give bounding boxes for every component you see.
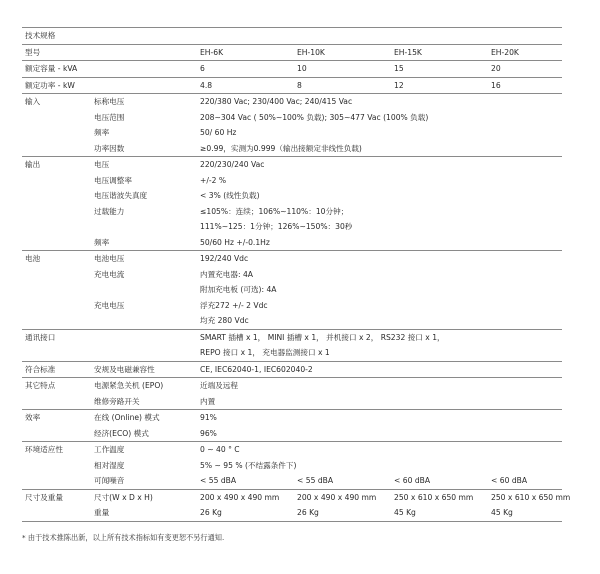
section-label: 输出 [22,157,94,173]
table-row: 通讯接口 SMART 插槽 x 1， MINI 插槽 x 1， 并机接口 x 2… [22,330,562,346]
section-label: 效率 [22,410,94,426]
section-input: 输入 标称电压 220/380 Vac; 230/400 Vac; 240/41… [22,93,562,156]
table-row: 相对湿度 5% ~ 95 % (不结露条件下) [22,458,562,474]
value-cell: 250 x 610 x 650 mm [491,490,562,506]
param-label: 维修旁路开关 [94,394,200,410]
param-value: 近端及远程 [200,378,562,394]
table-row: 电压谐波失真度 < 3% (线性负载) [22,188,562,204]
table-row: 其它特点 电源紧急关机 (EPO) 近端及远程 [22,378,562,394]
section-label: 电池 [22,251,94,267]
param-label: 频率 [94,235,200,251]
param-label: 标称电压 [94,94,200,110]
row-label: 额定容量 - kVA [22,61,200,77]
table-row: 型号 EH-6K EH-10K EH-15K EH-20K [22,45,562,61]
value-cell: 16 [491,78,562,94]
table-row: 电压范围 208~304 Vac ( 50%~100% 负载); 305~477… [22,110,562,126]
param-value: 50/ 60 Hz [200,125,562,141]
param-label: 相对湿度 [94,458,200,474]
value-cell: 45 Kg [491,505,562,521]
param-label: 电池电压 [94,251,200,267]
param-value: 附加充电板 (可选): 4A [200,282,562,298]
table-row: 充电电流 内置充电器: 4A [22,267,562,283]
table-row: 重量 26 Kg 26 Kg 45 Kg 45 Kg [22,505,562,521]
param-value: 浮充272 +/- 2 Vdc [200,298,562,314]
section-communication: 通讯接口 SMART 插槽 x 1， MINI 插槽 x 1， 并机接口 x 2… [22,329,562,361]
table-row: 环境适应性 工作温度 0 ~ 40 ° C [22,442,562,458]
table-row: 充电电压 浮充272 +/- 2 Vdc [22,298,562,314]
value-cell: 250 x 610 x 650 mm [394,490,491,506]
table-row: 电池 电池电压 192/240 Vdc [22,251,562,267]
value-cell: < 55 dBA [297,473,394,489]
param-label [94,219,200,235]
section-label: 环境适应性 [22,442,94,458]
table-row: 附加充电板 (可选): 4A [22,282,562,298]
param-value: 0 ~ 40 ° C [200,442,562,458]
table-row: 尺寸及重量 尺寸(W x D x H) 200 x 490 x 490 mm 2… [22,490,562,506]
section-label: 通讯接口 [22,330,94,346]
param-value: ≥0.99，实测为0.999（输出接额定非线性负载) [200,141,562,157]
param-label: 在线 (Online) 模式 [94,410,200,426]
table-row: 经济(ECO) 模式 96% [22,426,562,442]
section-label: 输入 [22,94,94,110]
param-value: 220/230/240 Vac [200,157,562,173]
param-value: 192/240 Vdc [200,251,562,267]
section-label: 其它特点 [22,378,94,394]
param-label: 电压谐波失真度 [94,188,200,204]
param-label: 可闻噪音 [94,473,200,489]
param-label: 频率 [94,125,200,141]
table-row: 维修旁路开关 内置 [22,394,562,410]
table-row: 额定容量 - kVA 6 10 15 20 [22,61,562,77]
section-rated-capacity: 额定容量 - kVA 6 10 15 20 [22,60,562,77]
param-value: SMART 插槽 x 1， MINI 插槽 x 1， 并机接口 x 2， RS2… [200,330,562,346]
spec-table: 技术规格 型号 EH-6K EH-10K EH-15K EH-20K 额定容量 … [22,27,562,522]
param-label: 电压 [94,157,200,173]
table-row: 额定功率 - kW 4.8 8 12 16 [22,78,562,94]
value-cell: 45 Kg [394,505,491,521]
param-value: +/-2 % [200,173,562,189]
param-label: 功率因数 [94,141,200,157]
param-value: ≤105%：连续；106%~110%：10分钟； [200,204,562,220]
value-cell: 26 Kg [297,505,394,521]
param-label: 安规及电磁兼容性 [94,362,200,378]
section-battery: 电池 电池电压 192/240 Vdc 充电电流 内置充电器: 4A 附加充电板… [22,250,562,329]
section-features: 其它特点 电源紧急关机 (EPO) 近端及远程 维修旁路开关 内置 [22,377,562,409]
table-row: 输入 标称电压 220/380 Vac; 230/400 Vac; 240/41… [22,94,562,110]
value-cell: 200 x 490 x 490 mm [297,490,394,506]
section-output: 输出 电压 220/230/240 Vac 电压调整率 +/-2 % 电压谐波失… [22,156,562,250]
param-label: 电压调整率 [94,173,200,189]
param-label: 重量 [94,505,200,521]
value-cell: 6 [200,61,297,77]
param-label: 充电电流 [94,267,200,283]
model-cell: EH-20K [491,45,562,61]
row-label: 额定功率 - kW [22,78,200,94]
section-title: 技术规格 [22,27,562,44]
table-row: 效率 在线 (Online) 模式 91% [22,410,562,426]
param-label [94,282,200,298]
section-label: 符合标准 [22,362,94,378]
model-cell: EH-6K [200,45,297,61]
value-cell: 26 Kg [200,505,297,521]
param-value: 均充 280 Vdc [200,313,562,329]
footnote: * 由于技术推陈出新，以上所有技术指标如有变更恕不另行通知. [22,533,224,543]
param-value: 91% [200,410,562,426]
value-cell: 200 x 490 x 490 mm [200,490,297,506]
param-label [94,330,200,346]
table-row: 频率 50/60 Hz +/-0.1Hz [22,235,562,251]
param-label: 尺寸(W x D x H) [94,490,200,506]
section-rated-power: 额定功率 - kW 4.8 8 12 16 [22,77,562,94]
value-cell: 15 [394,61,491,77]
param-label: 工作温度 [94,442,200,458]
model-cell: EH-10K [297,45,394,61]
table-row: 频率 50/ 60 Hz [22,125,562,141]
value-cell: 8 [297,78,394,94]
param-value: 111%~125：1分钟；126%~150%：30秒 [200,219,562,235]
param-value: 内置充电器: 4A [200,267,562,283]
table-row: 电压调整率 +/-2 % [22,173,562,189]
param-value: 220/380 Vac; 230/400 Vac; 240/415 Vac [200,94,562,110]
param-value: REPO 接口 x 1， 充电器监测接口 x 1 [200,345,562,361]
param-value: < 3% (线性负载) [200,188,562,204]
param-label: 充电电压 [94,298,200,314]
table-row: REPO 接口 x 1， 充电器监测接口 x 1 [22,345,562,361]
param-label: 过载能力 [94,204,200,220]
table-row: 可闻噪音 < 55 dBA < 55 dBA < 60 dBA < 60 dBA [22,473,562,489]
param-value: 50/60 Hz +/-0.1Hz [200,235,562,251]
table-title: 技术规格 [22,28,562,44]
value-cell: < 60 dBA [491,473,562,489]
table-row: 符合标准 安规及电磁兼容性 CE, IEC62040-1, IEC602040-… [22,362,562,378]
section-environment: 环境适应性 工作温度 0 ~ 40 ° C 相对湿度 5% ~ 95 % (不结… [22,441,562,489]
param-value: 96% [200,426,562,442]
param-label: 电压范围 [94,110,200,126]
section-models: 型号 EH-6K EH-10K EH-15K EH-20K [22,44,562,61]
model-cell: EH-15K [394,45,491,61]
section-label: 尺寸及重量 [22,490,94,506]
value-cell: 4.8 [200,78,297,94]
param-label [94,313,200,329]
table-row: 输出 电压 220/230/240 Vac [22,157,562,173]
value-cell: 10 [297,61,394,77]
section-efficiency: 效率 在线 (Online) 模式 91% 经济(ECO) 模式 96% [22,409,562,441]
value-cell: 20 [491,61,562,77]
table-row: 均充 280 Vdc [22,313,562,329]
table-row: 过载能力 ≤105%：连续；106%~110%：10分钟； [22,204,562,220]
param-label: 电源紧急关机 (EPO) [94,378,200,394]
param-value: 5% ~ 95 % (不结露条件下) [200,458,562,474]
table-row: 功率因数 ≥0.99，实测为0.999（输出接额定非线性负载) [22,141,562,157]
param-value: 208~304 Vac ( 50%~100% 负载); 305~477 Vac … [200,110,562,126]
section-dimensions: 尺寸及重量 尺寸(W x D x H) 200 x 490 x 490 mm 2… [22,489,562,522]
param-value: 内置 [200,394,562,410]
value-cell: < 60 dBA [394,473,491,489]
row-label: 型号 [22,45,200,61]
param-value: CE, IEC62040-1, IEC602040-2 [200,362,562,378]
param-label: 经济(ECO) 模式 [94,426,200,442]
value-cell: 12 [394,78,491,94]
value-cell: < 55 dBA [200,473,297,489]
section-standards: 符合标准 安规及电磁兼容性 CE, IEC62040-1, IEC602040-… [22,361,562,378]
param-label [94,345,200,361]
table-row: 111%~125：1分钟；126%~150%：30秒 [22,219,562,235]
